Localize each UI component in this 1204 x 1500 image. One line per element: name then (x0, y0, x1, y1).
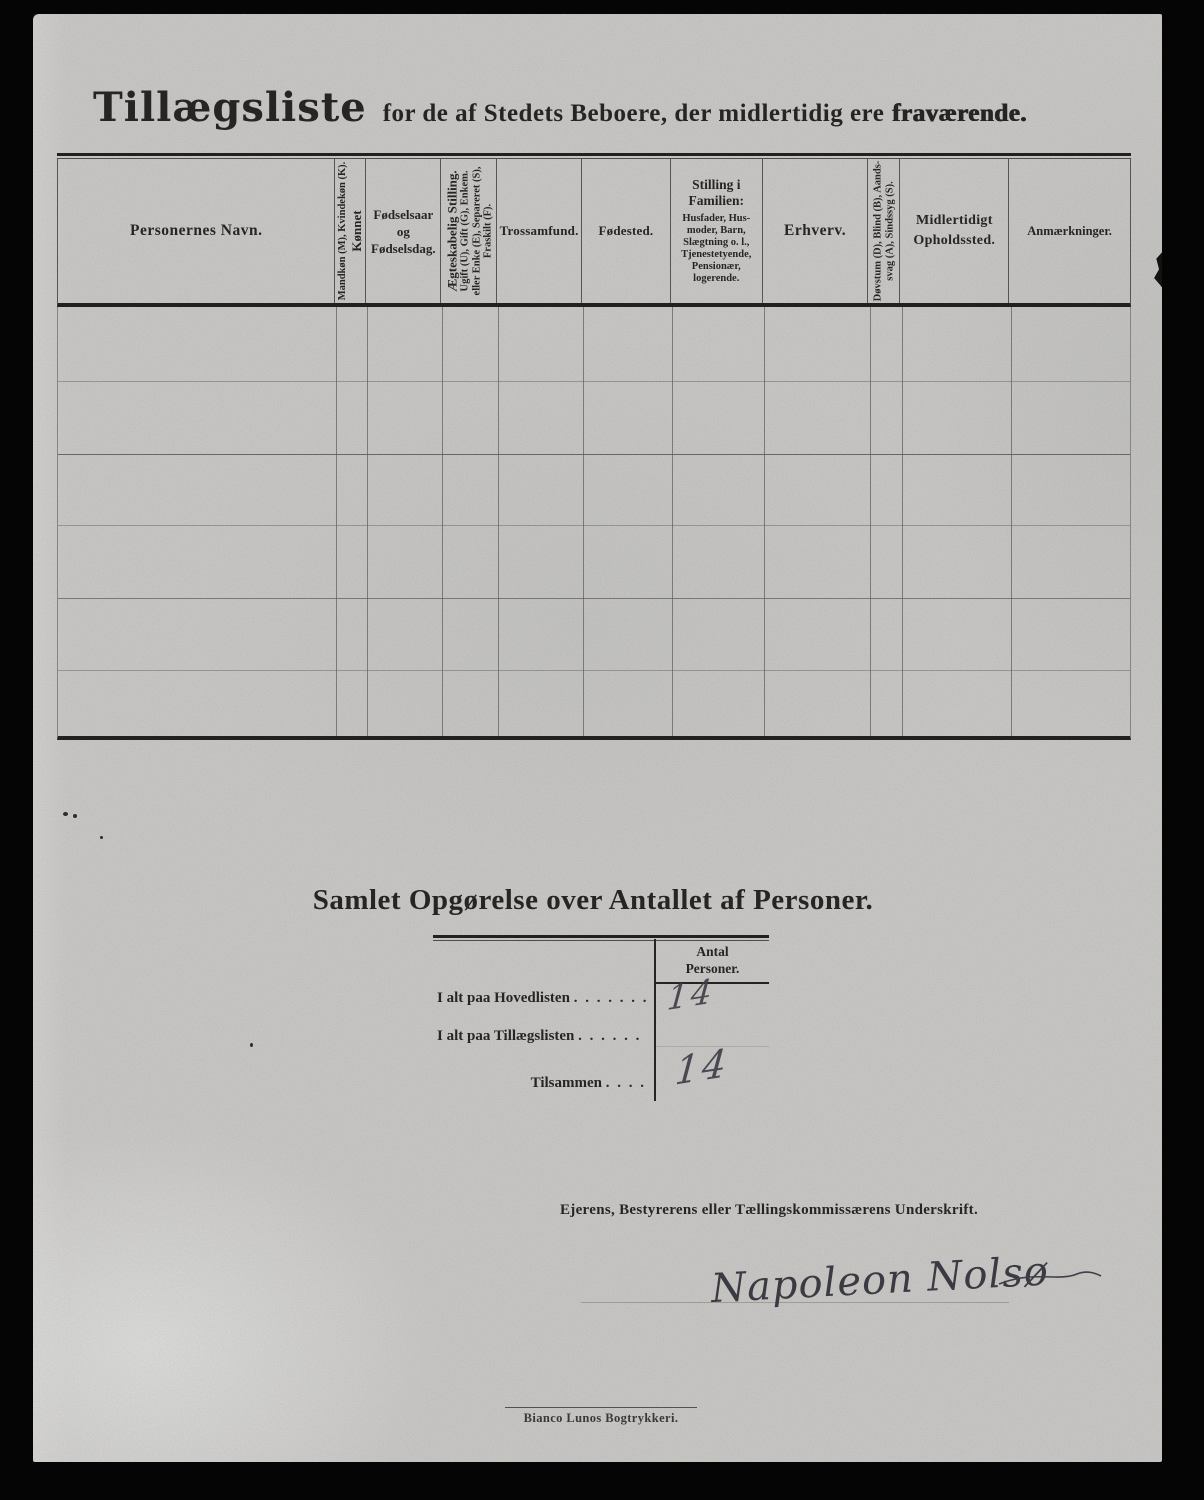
tilsammen-label: Tilsammen (531, 1075, 602, 1091)
column-divider (367, 307, 368, 736)
signature-name: Napoleon Nolsø (709, 1248, 1050, 1312)
handwritten-signature: Napoleon Nolsø (705, 1236, 1105, 1325)
handwritten-count-tilsammen: 14 (673, 1040, 731, 1094)
column-divider (498, 307, 499, 736)
page-title: Tillægsliste for de af Stedets Beboere, … (93, 84, 1143, 131)
handwritten-count-hovedlisten: 14 (666, 971, 717, 1019)
dovstum-rotated-label: Døvstum (D), Blind (B), Aands- svag (A),… (872, 158, 895, 304)
col-header-fodested: Fødested. (582, 159, 671, 303)
column-divider (442, 307, 443, 736)
col-header-personernes-navn: Personernes Navn. (58, 159, 335, 303)
census-table: Personernes Navn. Mandkøn (M), Kvindekøn… (57, 153, 1131, 740)
scan-notch (1153, 250, 1164, 290)
signature-caption: Ejerens, Bestyrerens eller Tællingskommi… (560, 1202, 978, 1219)
col-header-aegteskabelig-stilling: Ægteskabelig Stilling. Ugift (U), Gift (… (441, 159, 497, 303)
hovedlisten-label: I alt paa Hovedlisten (437, 990, 570, 1006)
col-header-fodselsaar: Fødselsaar og Fødselsdag. (366, 159, 441, 303)
summary-heading: Samlet Opgørelse over Antallet af Person… (253, 884, 933, 917)
table-header-row: Personernes Navn. Mandkøn (M), Kvindekøn… (57, 159, 1131, 307)
printer-imprint: Bianco Lunos Bogtrykkeri. (503, 1411, 699, 1426)
empty-row (58, 382, 1130, 455)
title-subtitle: for de af Stedets Beboere, der midlertid… (383, 100, 885, 128)
column-divider (902, 307, 903, 736)
empty-row (58, 526, 1130, 599)
tilsammen-row: Tilsammen . . . . (433, 1075, 646, 1092)
empty-row (58, 599, 1130, 671)
empty-row (58, 455, 1130, 526)
summary-table: Antal Personer. I alt paa Hovedlisten . … (433, 935, 769, 1107)
ink-speck (73, 814, 77, 818)
title-main: Tillægsliste (93, 84, 367, 131)
ink-speck (63, 812, 68, 816)
column-divider (583, 307, 584, 736)
tillaegslisten-label: I alt paa Tillægslisten (437, 1028, 574, 1044)
column-divider (672, 307, 673, 736)
empty-row (58, 307, 1130, 382)
col-header-erhverv: Erhverv. (763, 159, 869, 303)
col-header-anmaerkninger: Anmærkninger. (1009, 159, 1130, 303)
hovedlisten-row: I alt paa Hovedlisten . . . . . . . (437, 990, 648, 1007)
column-divider (1011, 307, 1012, 736)
signature-svg: Napoleon Nolsø (705, 1236, 1105, 1320)
column-divider (764, 307, 765, 736)
column-divider (336, 307, 337, 736)
imprint-rule (505, 1407, 697, 1408)
col-header-midlertidigt-opholdssted: Midlertidigt Opholdssted. (900, 159, 1009, 303)
col-header-konnet: Mandkøn (M), Kvindekøn (K). Kønnet (335, 159, 366, 303)
col-header-stilling-i-familien: Stilling i Familien: Husfader, Hus- mode… (671, 159, 763, 303)
summary-top-double-rule (433, 935, 769, 941)
aegteskabelig-rotated-label: Ægteskabelig Stilling. Ugift (U), Gift (… (444, 158, 494, 304)
leader-dots: . . . . . . (578, 1028, 641, 1044)
col-header-dovstum: Døvstum (D), Blind (B), Aands- svag (A),… (868, 159, 900, 303)
scanned-document-frame: Tillægsliste for de af Stedets Beboere, … (0, 0, 1204, 1500)
ink-speck (250, 1043, 253, 1047)
konnet-rotated-label: Mandkøn (M), Kvindekøn (K). Kønnet (337, 158, 364, 304)
empty-row (58, 671, 1130, 736)
title-emphasis: fraværende. (892, 100, 1027, 128)
tillaegslisten-row: I alt paa Tillægslisten . . . . . . (437, 1028, 641, 1045)
ink-speck (100, 836, 103, 839)
census-form-page: Tillægsliste for de af Stedets Beboere, … (33, 14, 1162, 1462)
col-header-trossamfund: Trossamfund. (497, 159, 582, 303)
column-divider (870, 307, 871, 736)
leader-dots: . . . . (606, 1075, 646, 1091)
leader-dots: . . . . . . . (574, 990, 649, 1006)
table-body-empty-rows (57, 307, 1131, 740)
